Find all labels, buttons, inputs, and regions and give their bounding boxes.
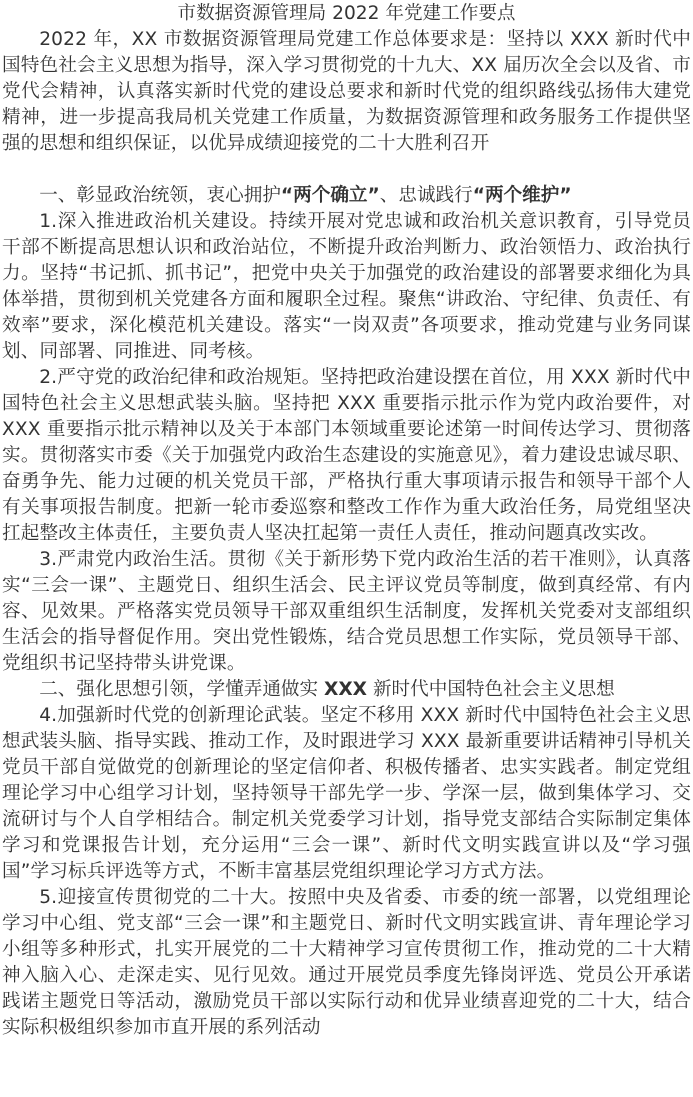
intro-paragraph: 2022 年，XX 市数据资源管理局党建工作总体要求是：坚持以 XXX 新时代中… [2, 27, 691, 157]
heading-quote-bold: “两个确立” [281, 185, 380, 206]
item-paragraph-2: 2.严守党的政治纪律和政治规矩。坚持把政治建设摆在首位，用 XXX 新时代中国特… [2, 365, 691, 547]
document-title: 市数据资源管理局 2022 年党建工作要点 [2, 0, 691, 27]
item-paragraph-4: 4.加强新时代党的创新理论武装。坚定不移用 XXX 新时代中国特色社会主义思想武… [2, 703, 691, 885]
heading-quote-bold: “两个维护” [473, 185, 572, 206]
blank-line [2, 157, 691, 183]
document-page: 市数据资源管理局 2022 年党建工作要点 2022 年，XX 市数据资源管理局… [0, 0, 693, 1041]
heading-text: 新时代中国特色社会主义思想 [367, 679, 615, 700]
item-paragraph-5: 5.迎接宣传贯彻党的二十大。按照中央及省委、市委的统一部署，以党组理论学习中心组… [2, 885, 691, 1041]
section-heading-1: 一、彰显政治统领，衷心拥护“两个确立”、忠诚践行“两个维护” [2, 183, 691, 209]
heading-text: 二、强化思想引领，学懂弄通做实 [39, 679, 324, 700]
item-paragraph-3: 3.严肃党内政治生活。贯彻《关于新形势下党内政治生活的若干准则》，认真落实“三会… [2, 547, 691, 677]
heading-text: 一、彰显政治统领，衷心拥护 [39, 185, 281, 206]
heading-text: 、忠诚践行 [380, 185, 473, 206]
section-heading-2: 二、强化思想引领，学懂弄通做实 XXX 新时代中国特色社会主义思想 [2, 677, 691, 703]
item-paragraph-1: 1.深入推进政治机关建设。持续开展对党忠诚和政治机关意识教育，引导党员干部不断提… [2, 209, 691, 365]
heading-bold: XXX [324, 679, 367, 700]
